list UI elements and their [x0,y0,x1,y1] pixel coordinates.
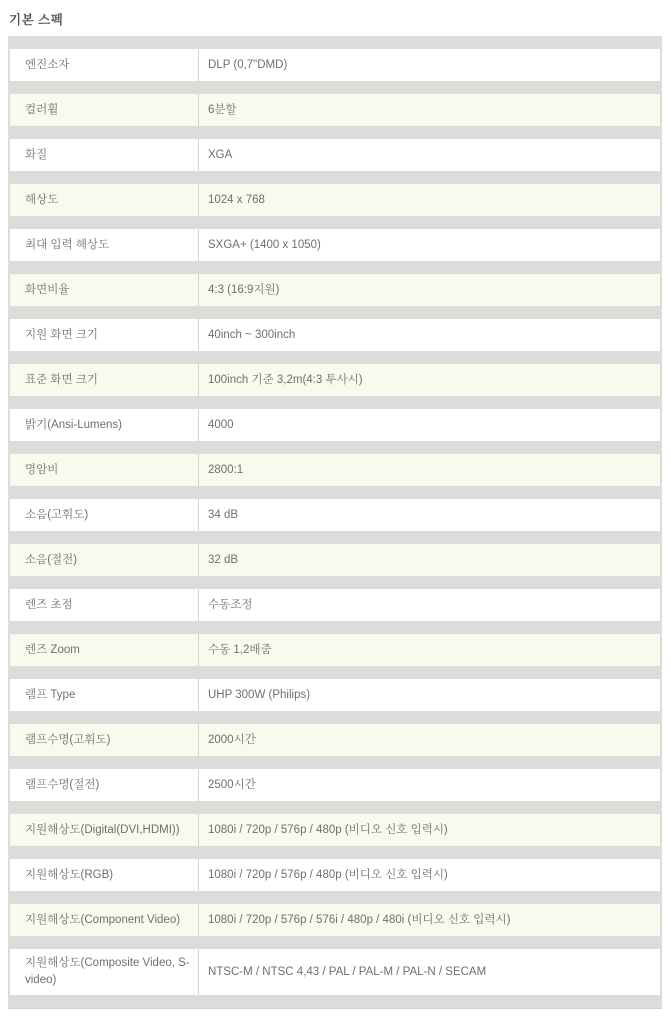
spec-label: 화면비율 [10,274,199,306]
spec-value: 2500시간 [199,769,660,801]
spec-label: 최대 입력 해상도 [10,229,199,261]
spec-row: 최대 입력 해상도 SXGA+ (1400 x 1050) [10,229,660,261]
spec-row: 소음(고휘도) 34 dB [10,499,660,531]
spec-value: 2800:1 [199,454,660,486]
spec-row: 지원해상도(Component Video) 1080i / 720p / 57… [10,904,660,936]
spec-label: 화질 [10,139,199,171]
spec-value: 6분할 [199,94,660,126]
spec-label: 지원 화면 크기 [10,319,199,351]
spec-label: 지원해상도(Component Video) [10,904,199,936]
spec-row: 지원해상도(Digital(DVI,HDMI)) 1080i / 720p / … [10,814,660,846]
spec-row: 밝기(Ansi-Lumens) 4000 [10,409,660,441]
spec-label: 렌즈 Zoom [10,634,199,666]
spec-label: 표준 화면 크기 [10,364,199,396]
section-title: 기본 스펙 [9,10,662,28]
spec-value: 1080i / 720p / 576p / 480p (비디오 신호 입력시) [199,859,660,891]
spec-row: 소음(절전) 32 dB [10,544,660,576]
spec-label: 소음(절전) [10,544,199,576]
spec-row: 화질 XGA [10,139,660,171]
spec-label: 엔진소자 [10,49,199,81]
spec-label: 지원해상도(Composite Video, S-video) [10,949,199,995]
page: 기본 스펙 엔진소자 DLP (0,7"DMD) 컬러휠 6분할 화질 XGA … [0,0,670,1009]
spec-row: 지원해상도(Composite Video, S-video) NTSC-M /… [10,949,660,995]
spec-row: 렌즈 Zoom 수동 1,2배줌 [10,634,660,666]
spec-row: 명암비 2800:1 [10,454,660,486]
spec-value: 4:3 (16:9지원) [199,274,660,306]
spec-row: 지원 화면 크기 40inch ~ 300inch [10,319,660,351]
spec-row: 렌즈 초점 수동조정 [10,589,660,621]
spec-table: 엔진소자 DLP (0,7"DMD) 컬러휠 6분할 화질 XGA 해상도 10… [8,36,662,1009]
spec-label: 밝기(Ansi-Lumens) [10,409,199,441]
spec-row: 해상도 1024 x 768 [10,184,660,216]
spec-label: 명암비 [10,454,199,486]
spec-row: 표준 화면 크기 100inch 기준 3,2m(4:3 투사시) [10,364,660,396]
spec-value: 32 dB [199,544,660,576]
spec-value: NTSC-M / NTSC 4,43 / PAL / PAL-M / PAL-N… [199,949,660,995]
spec-label: 지원해상도(RGB) [10,859,199,891]
spec-label: 지원해상도(Digital(DVI,HDMI)) [10,814,199,846]
spec-value: 2000시간 [199,724,660,756]
spec-label: 램프수명(절전) [10,769,199,801]
spec-value: DLP (0,7"DMD) [199,49,660,81]
spec-value: 40inch ~ 300inch [199,319,660,351]
spec-row: 램프수명(고휘도) 2000시간 [10,724,660,756]
spec-row: 지원해상도(RGB) 1080i / 720p / 576p / 480p (비… [10,859,660,891]
spec-row: 램프 Type UHP 300W (Philips) [10,679,660,711]
spec-label: 소음(고휘도) [10,499,199,531]
spec-value: 1080i / 720p / 576p / 576i / 480p / 480i… [199,904,660,936]
spec-value: 수동 1,2배줌 [199,634,660,666]
spec-value: 1080i / 720p / 576p / 480p (비디오 신호 입력시) [199,814,660,846]
spec-value: XGA [199,139,660,171]
spec-row: 화면비율 4:3 (16:9지원) [10,274,660,306]
spec-row: 컬러휠 6분할 [10,94,660,126]
spec-value: 100inch 기준 3,2m(4:3 투사시) [199,364,660,396]
spec-row: 램프수명(절전) 2500시간 [10,769,660,801]
spec-row: 엔진소자 DLP (0,7"DMD) [10,49,660,81]
spec-value: 수동조정 [199,589,660,621]
spec-value: 1024 x 768 [199,184,660,216]
spec-value: 4000 [199,409,660,441]
spec-label: 컬러휠 [10,94,199,126]
spec-label: 렌즈 초점 [10,589,199,621]
spec-value: 34 dB [199,499,660,531]
spec-value: SXGA+ (1400 x 1050) [199,229,660,261]
spec-label: 해상도 [10,184,199,216]
spec-label: 램프 Type [10,679,199,711]
spec-label: 램프수명(고휘도) [10,724,199,756]
spec-value: UHP 300W (Philips) [199,679,660,711]
